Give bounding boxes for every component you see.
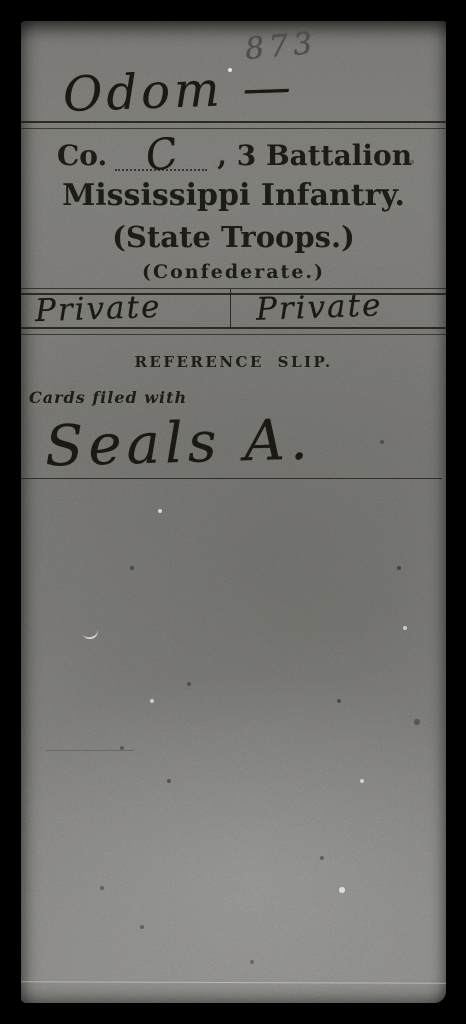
filed-with-value-handwritten: Seals A. [44, 410, 313, 479]
slip-title: REFERENCE SLIP. [21, 353, 446, 371]
paper-specks [21, 21, 23, 23]
reference-slip-card: 873 Odom — Co. C , 3 Battalion Mississip… [21, 21, 446, 1003]
company-value-handwritten: C [143, 135, 180, 174]
bleed-through-mark [81, 641, 301, 711]
bleed-through-mark [271, 581, 411, 671]
battalion-text: , 3 Battalion [217, 139, 412, 172]
rank-row: Private Private [21, 290, 446, 328]
unit-name: Mississippi Infantry. [21, 178, 446, 213]
company-value-field: C [115, 134, 207, 171]
scanned-document-page: 873 Odom — Co. C , 3 Battalion Mississip… [0, 0, 466, 1024]
signature-rule [21, 478, 442, 479]
unit-type: (State Troops.) [21, 220, 446, 254]
soldier-name-handwritten: Odom — [62, 61, 295, 122]
rank-right-handwritten: Private [229, 287, 383, 330]
unit-allegiance: (Confederate.) [21, 261, 446, 283]
company-label: Co. [57, 139, 107, 172]
company-line: Co. C , 3 Battalion [21, 134, 446, 172]
scratch-curl-mark [82, 629, 100, 641]
filed-with-label: Cards filed with [29, 388, 187, 407]
faint-pencil-mark [46, 750, 134, 751]
rank-left-handwritten: Private [21, 286, 231, 331]
scratch-line [21, 981, 446, 983]
bleed-through-mark [241, 511, 411, 631]
